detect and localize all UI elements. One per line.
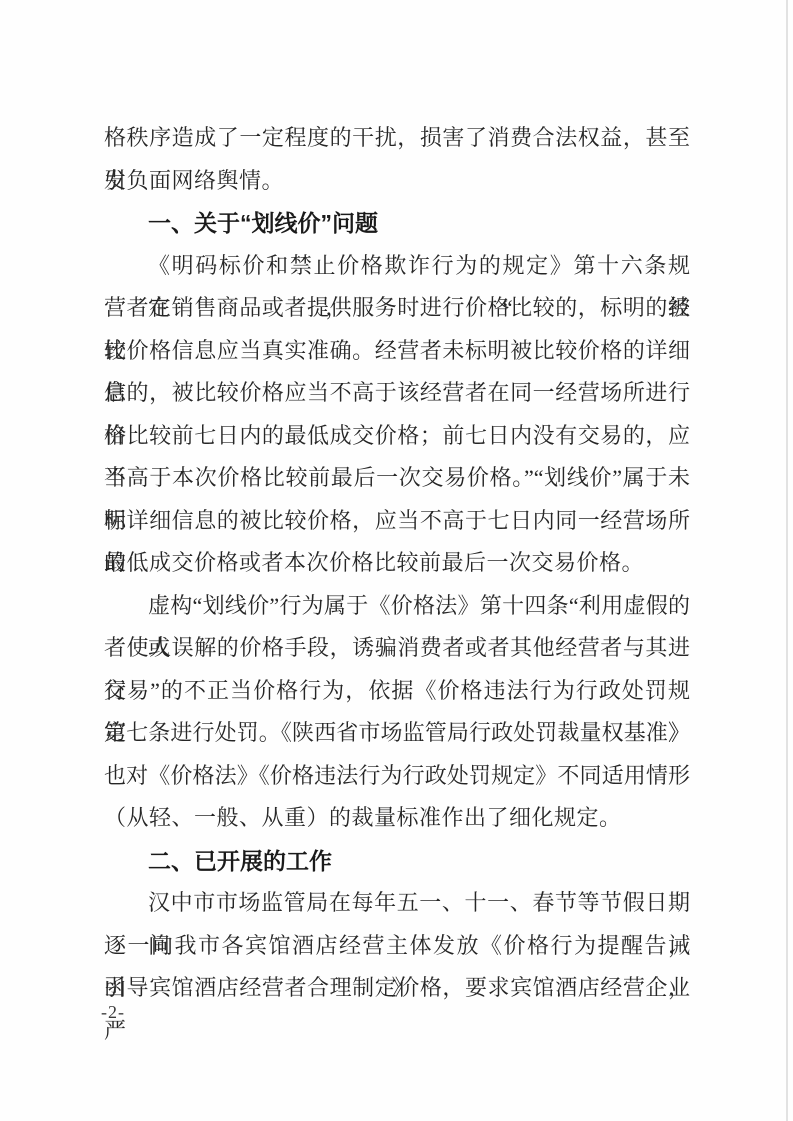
body-line: 逐一向我市各宾馆酒店经营主体发放《价格行为提醒告诫函》，: [104, 925, 690, 968]
body-line: 汉中市市场监管局在每年五一、十一、春节等节假日期间，: [104, 882, 690, 925]
body-line: 者使人误解的价格手段，诱骗消费者或者其他经营者与其进行: [104, 627, 690, 670]
body-line: 格秩序造成了一定程度的干扰，损害了消费合法权益，甚至引: [104, 117, 690, 160]
document-body: 格秩序造成了一定程度的干扰，损害了消费合法权益，甚至引 发负面网络舆情。 一、关…: [104, 117, 690, 1010]
body-line: 格比较前七日内的最低成交价格；前七日内没有交易的，应当: [104, 415, 690, 458]
body-line: 最低成交价格或者本次价格比较前最后一次交易价格。: [104, 542, 690, 585]
body-line: 发负面网络舆情。: [104, 160, 690, 203]
body-line: 明详细信息的被比较价格，应当不高于七日内同一经营场所的: [104, 500, 690, 543]
section-heading-2: 二、已开展的工作: [104, 840, 690, 883]
body-line: 第七条进行处罚。《陕西省市场监管局行政处罚裁量权基准》: [104, 712, 690, 755]
body-line: 不高于本次价格比较前最后一次交易价格。”“划线价”属于未标: [104, 457, 690, 500]
body-line: 息的，被比较价格应当不高于该经营者在同一经营场所进行价: [104, 372, 690, 415]
body-line: 《明码标价和禁止价格欺诈行为的规定》第十六条规定，“经: [104, 245, 690, 288]
page-number: -2-: [101, 1002, 125, 1023]
body-line: 营者在销售商品或者提供服务时进行价格比较的，标明的被比: [104, 287, 690, 330]
body-line: 也对《价格法》《价格违法行为行政处罚规定》不同适用情形: [104, 755, 690, 798]
body-line: 较价格信息应当真实准确。经营者未标明被比较价格的详细信: [104, 330, 690, 373]
section-heading-1: 一、关于“划线价”问题: [104, 202, 690, 245]
document-page: 格秩序造成了一定程度的干扰，损害了消费合法权益，甚至引 发负面网络舆情。 一、关…: [0, 0, 793, 1121]
body-line: 交易”的不正当价格行为，依据《价格违法行为行政处罚规定》: [104, 670, 690, 713]
body-line: 引导宾馆酒店经营者合理制定价格，要求宾馆酒店经营企业严: [104, 967, 690, 1010]
scan-edge-artifact: [786, 0, 788, 1121]
body-line: 虚构“划线价”行为属于《价格法》第十四条“利用虚假的或: [104, 585, 690, 628]
body-line: （从轻、一般、从重）的裁量标准作出了细化规定。: [104, 797, 690, 840]
